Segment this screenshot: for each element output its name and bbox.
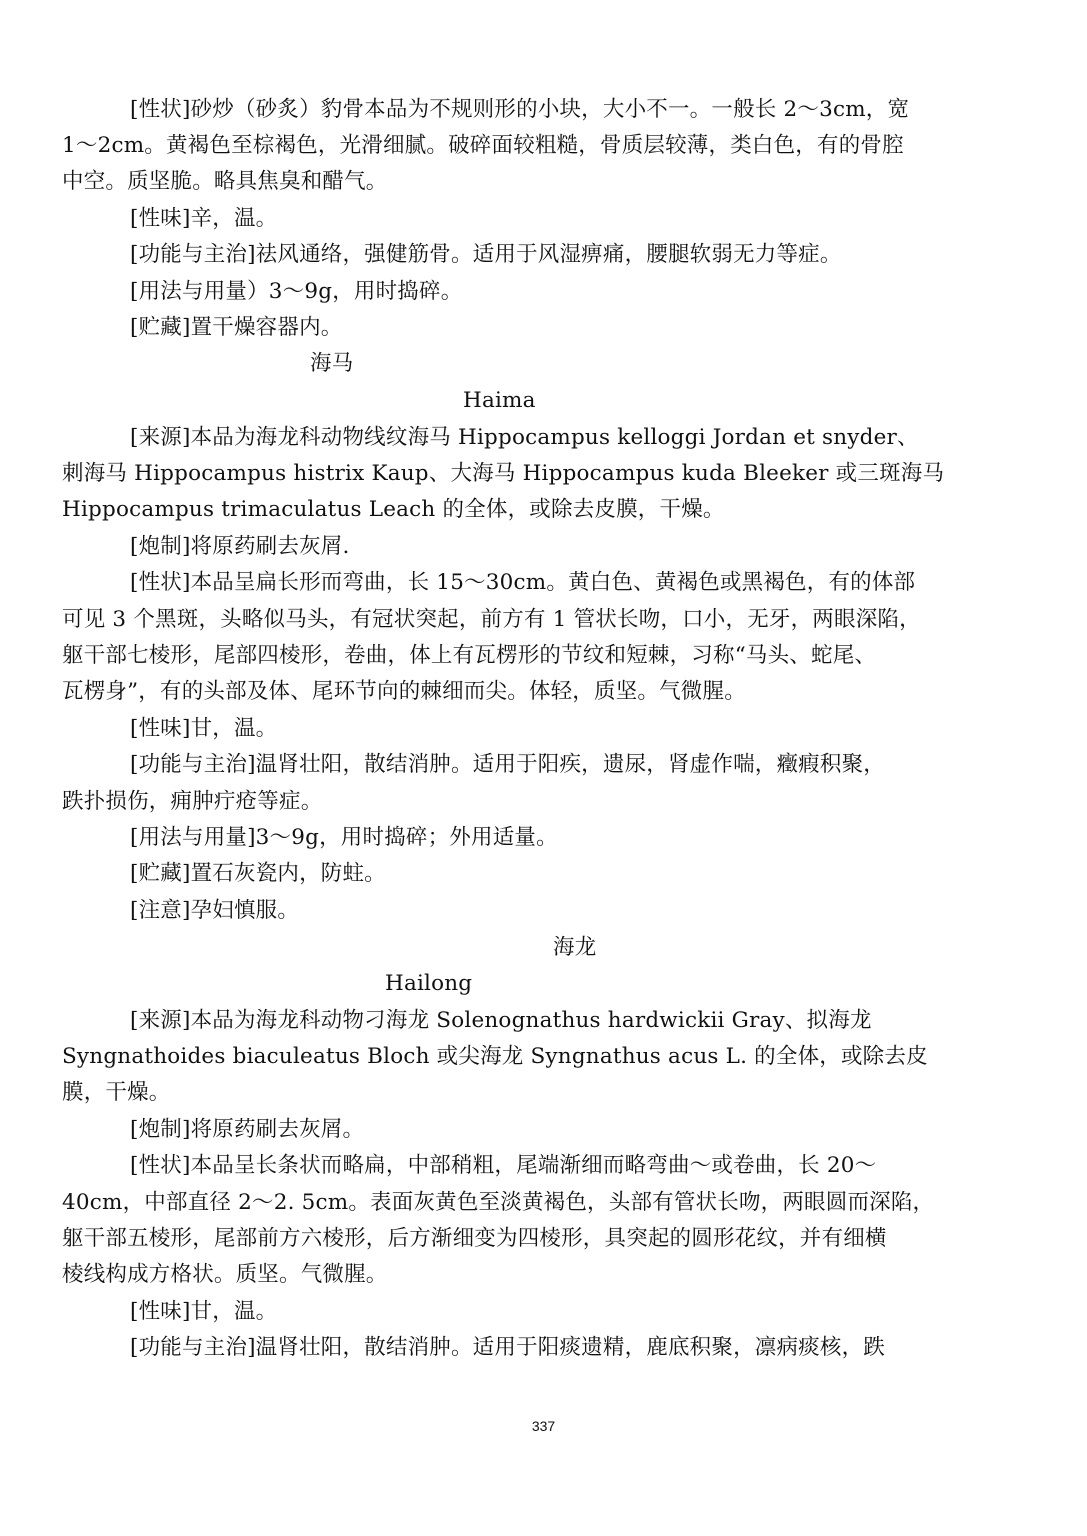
text-line: 1～2cm。黄褐色至棕褐色，光滑细腻。破碎面较粗糙，骨质层较薄，类白色，有的骨腔 [62,131,904,161]
text-line: Syngnathoides biaculeatus Bloch 或尖海龙 Syn… [62,1042,928,1072]
text-line: [贮藏]置干燥容器内。 [130,313,342,343]
text-line: 跌扑损伤，痈肿疔疮等症。 [62,787,322,817]
section-heading: Haima [463,386,536,416]
text-line: 可见 3 个黑斑，头略似马头，有冠状突起，前方有 1 管状长吻，口小，无牙，两眼… [62,605,921,635]
text-line: [用法与用量]3～9g，用时捣碎；外用适量。 [130,823,558,853]
text-line: 躯干部五棱形，尾部前方六棱形，后方渐细变为四棱形，具突起的圆形花纹，并有细横 [62,1224,887,1254]
text-line: [性味]辛，温。 [130,204,277,234]
text-line: 中空。质坚脆。略具焦臭和醋气。 [62,167,388,197]
text-line: [性状]本品呈长条状而略扁，中部稍粗，尾端渐细而略弯曲～或卷曲，长 20～ [130,1151,876,1181]
text-line: Hippocampus trimaculatus Leach 的全体，或除去皮膜… [62,495,725,525]
page-number: 337 [0,1418,1087,1434]
text-line: 膜，干燥。 [62,1078,171,1108]
text-line: 棱线构成方格状。质坚。气微腥。 [62,1260,388,1290]
section-heading: 海龙 [553,933,596,963]
text-line: [功能与主治]温肾壮阳，散结消肿。适用于阳痰遗精，鹿底积聚，凛病痰核，跌 [130,1333,885,1363]
text-line: 40cm，中部直径 2～2. 5cm。表面灰黄色至淡黄褐色，头部有管状长吻，两眼… [62,1188,934,1218]
text-line: [来源]本品为海龙科动物刁海龙 Solenognathus hardwickii… [130,1006,872,1036]
text-line: [贮藏]置石灰瓷内，防蛀。 [130,859,386,889]
section-heading: Hailong [385,969,472,999]
text-line: 刺海马 Hippocampus histrix Kaup、大海马 Hippoca… [62,459,944,489]
text-line: [功能与主治]祛风通络，强健筋骨。适用于风湿痹痛，腰腿软弱无力等症。 [130,240,842,270]
text-line: [性味]甘，温。 [130,1297,277,1327]
text-line: [功能与主治]温肾壮阳，散结消肿。适用于阳疾，遗尿，肾虚作喘，癥瘕积聚， [130,750,885,780]
text-line: 瓦楞身”，有的头部及体、尾环节向的棘细而尖。体轻，质坚。气微腥。 [62,677,746,707]
text-line: [性状]砂炒（砂炙）豹骨本品为不规则形的小块，大小不一。一般长 2～3cm，宽 [130,95,909,125]
document-page: [性状]砂炒（砂炙）豹骨本品为不规则形的小块，大小不一。一般长 2～3cm，宽1… [0,0,1087,1536]
text-line: 躯干部七棱形，尾部四棱形，卷曲，体上有瓦楞形的节纹和短棘，习称“马头、蛇尾、 [62,641,876,671]
text-line: [用法与用量）3～9g，用时捣碎。 [130,277,462,307]
text-line: [性味]甘，温。 [130,714,277,744]
text-line: [性状]本品呈扁长形而弯曲，长 15～30cm。黄白色、黄褐色或黑褐色，有的体部 [130,568,915,598]
text-line: [炮制]将原药刷去灰屑。 [130,1115,364,1145]
text-line: [来源]本品为海龙科动物线纹海马 Hippocampus kelloggi Jo… [130,423,919,453]
text-line: [炮制]将原药刷去灰屑. [130,532,350,562]
text-line: [注意]孕妇慎服。 [130,896,299,926]
section-heading: 海马 [310,349,353,379]
